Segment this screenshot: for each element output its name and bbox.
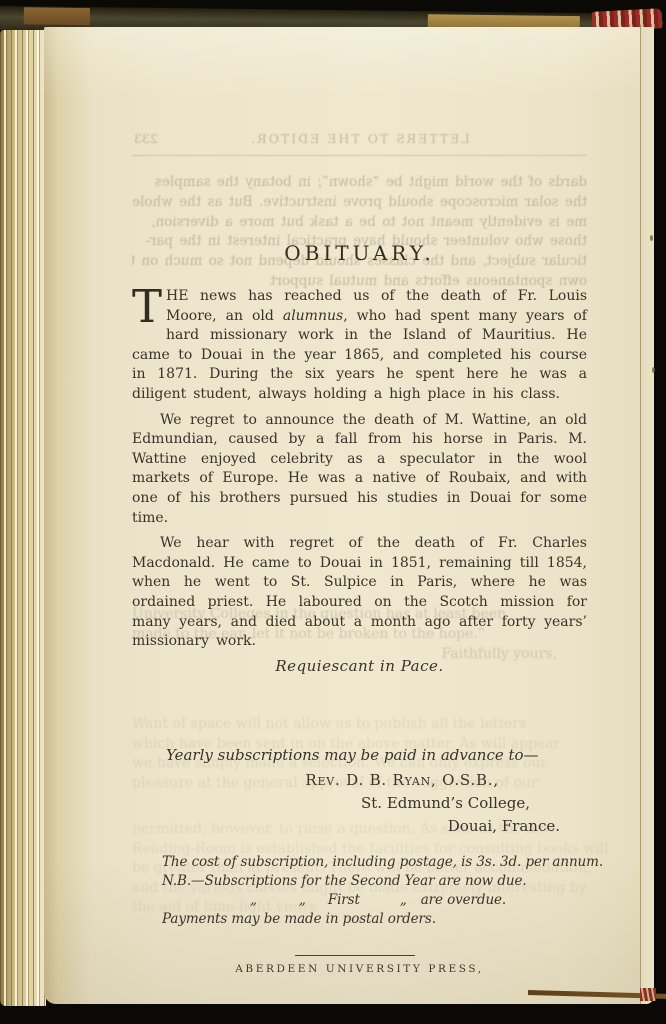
photo-background: LETTERS TO THE EDITOR. 233 dards of the … (0, 0, 666, 1024)
ditto-word: First (328, 891, 360, 910)
ditto-mark: „ (299, 891, 306, 910)
obituary-paragraph-macdonald: We hear with regret of the death of Fr. … (132, 534, 587, 652)
subscription-address-college: St. Edmund’s College, (132, 792, 587, 815)
ditto-mark: „ (250, 891, 257, 910)
obituary-paragraph-wattine: We regret to announce the death of M. Wa… (132, 411, 587, 529)
subscription-address-city: Douai, France. (132, 815, 587, 838)
page-title: OBITUARY. (132, 27, 587, 265)
cover-wear-patch-left (24, 7, 90, 25)
subscription-payments-line: Payments may be made in postal orders. (132, 910, 587, 929)
subscription-nb-line: N.B.—Subscriptions for the Second Year a… (132, 872, 587, 891)
page-right-edge (640, 27, 654, 1004)
printer-imprint: ABERDEEN UNIVERSITY PRESS, (132, 963, 587, 975)
subscription-cost-line: The cost of subscription, including post… (132, 853, 587, 872)
requiescant-line: Requiescant in Pace. (132, 657, 587, 675)
page-content: OBITUARY. THE news has reached us of the… (132, 27, 587, 975)
paper-speck (652, 367, 655, 373)
ditto-mark: „ (400, 891, 407, 910)
obituary-paragraph-moore: THE news has reached us of the death of … (132, 287, 587, 405)
ditto-rest: are overdue. (421, 891, 506, 910)
paper-speck (650, 235, 653, 241)
book-page: LETTERS TO THE EDITOR. 233 dards of the … (44, 27, 654, 1004)
imprint-rule (295, 955, 415, 956)
subscription-ditto-line: „„First„are overdue. (132, 891, 587, 910)
subscription-intro: Yearly subscriptions may be paid in adva… (132, 746, 587, 764)
tailband-red-fragment (640, 988, 656, 1001)
page-fore-edges (0, 30, 46, 1006)
paragraph-italic-word: alumnus (283, 308, 343, 324)
drop-cap: T (132, 287, 166, 328)
subscription-address-name: Rev. D. B. Ryan, O.S.B., (132, 769, 587, 792)
